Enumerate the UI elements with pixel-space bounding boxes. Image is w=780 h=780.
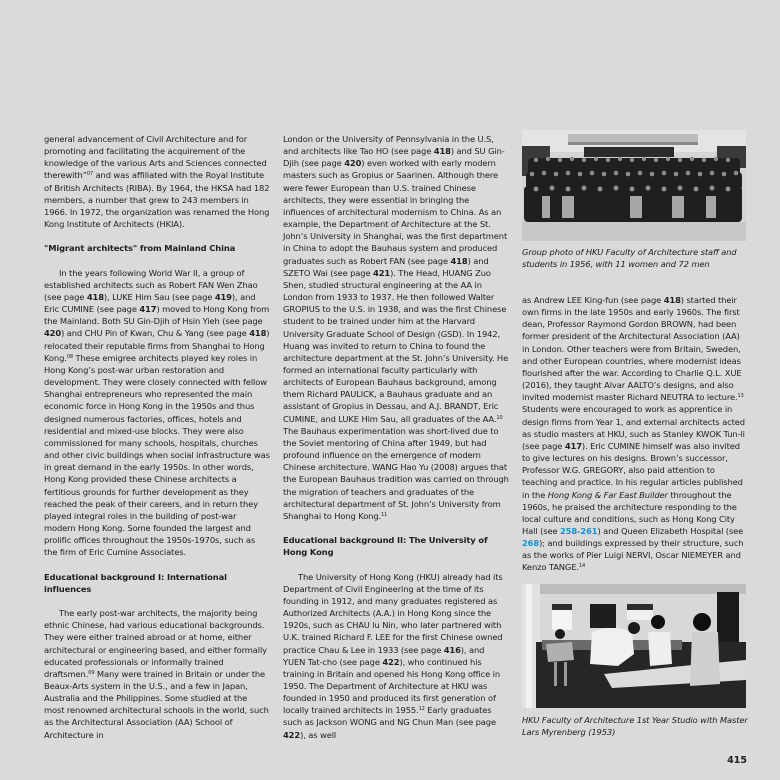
text-column-1: general advancement of Civil Architectur…: [44, 133, 270, 741]
page-reference: 419: [215, 292, 232, 302]
footnote-marker: 10: [496, 415, 502, 421]
paragraph: as Andrew LEE King-fun (see page 418) st…: [522, 294, 748, 574]
footnote-marker: 13: [738, 393, 744, 399]
page-reference: 421: [373, 268, 390, 278]
page-number: 415: [727, 755, 747, 766]
photo-caption: Group photo of HKU Faculty of Architectu…: [522, 246, 748, 270]
page-reference: 416: [444, 645, 461, 655]
paragraph: The University of Hong Kong (HKU) alread…: [283, 571, 509, 741]
footnote-marker: 14: [579, 563, 585, 569]
group-photo-illustration: [522, 130, 746, 241]
paragraph: general advancement of Civil Architectur…: [44, 133, 270, 230]
page-reference: 418: [451, 256, 468, 266]
page-reference: 422: [382, 657, 399, 667]
publication-title: Hong Kong & Far East Builder: [548, 490, 668, 500]
text-column-3: as Andrew LEE King-fun (see page 418) st…: [522, 294, 748, 574]
page-reference: 422: [283, 730, 300, 740]
page-reference: 418: [434, 146, 451, 156]
page-reference: 417: [565, 441, 582, 451]
page-reference: 420: [344, 158, 361, 168]
section-heading: Educational background I: International …: [44, 571, 270, 595]
studio-photo-1953: [522, 584, 746, 708]
photo-caption: HKU Faculty of Architecture 1st Year Stu…: [522, 714, 748, 738]
page-reference: 417: [139, 304, 156, 314]
text-column-2: London or the University of Pennsylvania…: [283, 133, 509, 741]
section-heading: Educational background II: The Universit…: [283, 534, 509, 558]
page-reference: 418: [664, 295, 681, 305]
section-heading: "Migrant architects" from Mainland China: [44, 242, 270, 254]
studio-photo-illustration: [522, 584, 746, 708]
page-link-city-hall[interactable]: 258-261: [560, 526, 597, 536]
page-link-queen-elizabeth-hospital[interactable]: 268: [522, 538, 539, 548]
paragraph: In the years following World War II, a g…: [44, 267, 270, 559]
page-reference: 418: [87, 292, 104, 302]
footnote-marker: 11: [381, 512, 387, 518]
group-photo-1956: [522, 130, 746, 241]
page-reference: 420: [44, 328, 61, 338]
paragraph: The early post-war architects, the major…: [44, 607, 270, 741]
paragraph: London or the University of Pennsylvania…: [283, 133, 509, 522]
page-reference: 418: [249, 328, 266, 338]
